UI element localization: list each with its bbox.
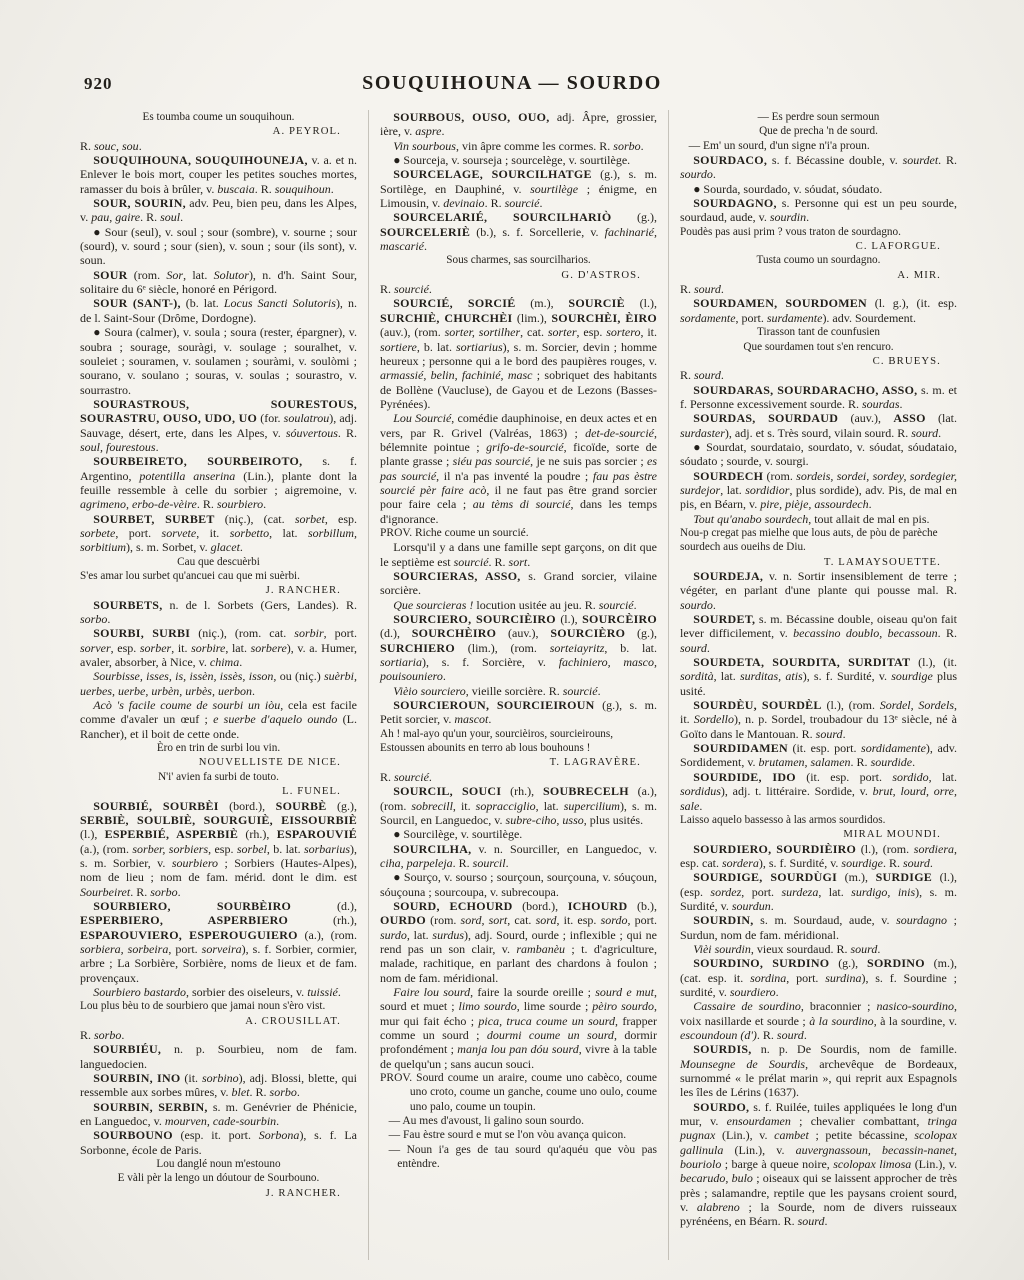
dictionary-entry: SOURDIGE, SOURDÙGI (m.), SURDIGE (l.), (… — [680, 870, 957, 913]
dictionary-entry: SOUR, SOURIN, adv. Peu, bien peu, dans l… — [80, 196, 357, 225]
dictionary-entry: SOURBET, SURBET (niç.), (cat. sorbet, es… — [80, 512, 357, 555]
dictionary-entry: SOURD, ECHOURD (bord.), ICHOURD (b.), OU… — [380, 899, 657, 985]
dictionary-entry: SOURBIÉ, SOURBÈI (bord.), SOURBÈ (g.), S… — [80, 799, 357, 899]
dictionary-entry: SOURCIL, SOUCI (rh.), SOUBRECELH (a.), (… — [380, 784, 657, 827]
proverb-item: — Noun i'a ges de tau sourd qu'aquéu que… — [380, 1143, 657, 1172]
dictionary-entry: SOURDAS, SOURDAUD (auv.), ASSO (lat. sur… — [680, 411, 957, 440]
dictionary-entry: ● Sourcilège, v. sourtilège. — [380, 827, 657, 841]
dictionary-entry: SOURCIÉ, SORCIÉ (m.), SOURCIÈ (l.), SURC… — [380, 296, 657, 411]
verse-line: Que sourdamen tout s'en rencuro. — [680, 340, 957, 354]
dictionary-entry: Tout qu'anabo sourdech, tout allait de m… — [680, 512, 957, 526]
attribution: T. LAGRAVÈRE. — [380, 755, 657, 769]
dictionary-entry: SOURDECH (rom. sordeis, sordei, sordey, … — [680, 469, 957, 512]
attribution: J. RANCHER. — [80, 583, 357, 597]
verse-line: Lou danglé noun m'estouno — [80, 1157, 357, 1171]
dictionary-entry: SOURCIERAS, ASSO, s. Grand sorcier, vila… — [380, 569, 657, 598]
dictionary-entry: Sourbiero bastardo, sorbier des oiseleur… — [80, 985, 357, 999]
continuation-paragraph: R. sourcié. — [380, 770, 657, 784]
dictionary-entry: SOURBEIRETO, SOURBEIROTO, s. f. Argentin… — [80, 454, 357, 511]
dictionary-entry: SOURCIEROUN, SOURCIEIROUN (g.), s. m. Pe… — [380, 698, 657, 727]
dictionary-entry: Lou Sourcié, comédie dauphinoise, en deu… — [380, 411, 657, 526]
quote-line: S'es amar lou surbet qu'ancuei cau que m… — [80, 569, 357, 583]
proverb-item: — Fau èstre sourd e mut se l'on vòu avan… — [380, 1128, 657, 1142]
dictionary-entry: SOURDEJA, v. n. Sortir insensiblement de… — [680, 569, 957, 612]
verse-line: E vàli pèr la lengo un dóutour de Sourbo… — [80, 1171, 357, 1185]
dictionary-entry: SOURDÈU, SOURDÈL (l.), (rom. Sordel, Sor… — [680, 698, 957, 741]
attribution: MIRAL MOUNDI. — [680, 827, 957, 841]
dictionary-entry: SOURBETS, n. de l. Sorbets (Gers, Landes… — [80, 598, 357, 627]
quote-line: Nou-p cregat pas mielhe que lous auts, d… — [680, 526, 957, 555]
attribution: G. D'ASTROS. — [380, 268, 657, 282]
quote-line: Lou plus bèu to de sourbiero que jamai n… — [80, 999, 357, 1013]
dictionary-entry: SOURDIN, s. m. Sourdaud, aude, v. sourda… — [680, 913, 957, 942]
dictionary-entry: SOURDIERO, SOURDIÈIRO (l.), (rom. sordie… — [680, 842, 957, 871]
dictionary-entry: SOUQUIHOUNA, SOUQUIHOUNEJA, v. a. et n. … — [80, 153, 357, 196]
dictionary-entry: SOURDIDE, IDO (it. esp. port. sordido, l… — [680, 770, 957, 813]
dictionary-entry: Cassaire de sourdino, braconnier ; nasic… — [680, 999, 957, 1042]
quote-line: Laisso aquelo bassesso à las armos sourd… — [680, 813, 957, 827]
continuation-paragraph: R. sourcié. — [380, 282, 657, 296]
dictionary-entry: SOURBIN, SERBIN, s. m. Genévrier de Phén… — [80, 1100, 357, 1129]
dictionary-entry: Acò 's facile coume de sourbi un iòu, ce… — [80, 698, 357, 741]
attribution: A. PEYROL. — [80, 124, 357, 138]
verse-line: N'i' avien fa surbi de touto. — [80, 770, 357, 784]
quote-line: Poudès pas ausi prim ? vous traton de so… — [680, 225, 957, 239]
dictionary-entry: SOURDAGNO, s. Personne qui est un peu so… — [680, 196, 957, 225]
dictionary-entry: SOURBIERO, SOURBÈIRO (d.), ESPERBIERO, A… — [80, 899, 357, 985]
dictionary-entry: ● Sourdat, sourdataio, sourdato, v. sóud… — [680, 440, 957, 469]
dictionary-entry: Vièi sourdin, vieux sourdaud. R. sourd. — [680, 942, 957, 956]
dictionary-entry: ● Soura (calmer), v. soula ; soura (rest… — [80, 325, 357, 397]
dictionary-entry: SOURBIÉU, n. p. Sourbieu, nom de fam. la… — [80, 1042, 357, 1071]
dictionary-entry: SOURDIDAMEN (it. esp. port. sordidamente… — [680, 741, 957, 770]
verse-line: Tirasson tant de counfusien — [680, 325, 957, 339]
attribution: C. LAFORGUE. — [680, 239, 957, 253]
proverb-block: PROV. Riche coume un sourcié. — [380, 526, 657, 540]
attribution: L. FUNEL. — [80, 784, 357, 798]
dictionary-entry: SOURCELARIÉ, SOURCILHARIÒ (g.), SOURCELE… — [380, 210, 657, 253]
attribution: NOUVELLISTE DE NICE. — [80, 755, 357, 769]
dictionary-page-scan: 920 SOUQUIHOUNA — SOURDO Es toumba coume… — [0, 0, 1024, 1280]
dictionary-entry: ● Sour (seul), v. soul ; sour (sombre), … — [80, 225, 357, 268]
verse-line: Cau que descuèrbi — [80, 555, 357, 569]
attribution: C. BRUEYS. — [680, 354, 957, 368]
dictionary-entry: SOURBOUS, OUSO, OUO, adj. Âpre, grossier… — [380, 110, 657, 139]
dictionary-entry: SOURCIERO, SOURCIÈIRO (l.), SOURCÈIRO (d… — [380, 612, 657, 684]
verse-line: Tusta coumo un sourdagno. — [680, 253, 957, 267]
verse-line: Sous charmes, sas sourcilharios. — [380, 253, 657, 267]
continuation-paragraph: R. sorbo. — [80, 1028, 357, 1042]
column-1: Es toumba coume un souquihoun.A. PEYROL.… — [80, 110, 368, 1260]
column-2: SOURBOUS, OUSO, OUO, adj. Âpre, grossier… — [368, 110, 668, 1260]
dictionary-entry: Lorsqu'il y a dans une famille sept garç… — [380, 540, 657, 569]
text-columns: Es toumba coume un souquihoun.A. PEYROL.… — [80, 110, 968, 1260]
dictionary-entry: Vièio sourciero, vieille sorcière. R. so… — [380, 684, 657, 698]
dictionary-entry: SOURDO, s. f. Ruilée, tuiles appliquées … — [680, 1100, 957, 1229]
dictionary-entry: SOURDAMEN, SOURDOMEN (l. g.), (it. esp. … — [680, 296, 957, 325]
verse-line: Èro en trin de surbi lou vin. — [80, 741, 357, 755]
dictionary-entry: Sourbisse, isses, is, issèn, issès, isso… — [80, 669, 357, 698]
dictionary-entry: ● Sourceja, v. sourseja ; sourcelège, v.… — [380, 153, 657, 167]
attribution: J. RANCHER. — [80, 1186, 357, 1200]
dictionary-entry: Faire lou sourd, faire la sourde oreille… — [380, 985, 657, 1071]
dictionary-entry: SOURBIN, INO (it. sorbino), adj. Blossi,… — [80, 1071, 357, 1100]
quote-line: Ah ! mal-ayo qu'un your, sourcièiros, so… — [380, 727, 657, 741]
dictionary-entry: SOURASTROUS, SOURESTOUS, SOURASTRU, OUSO… — [80, 397, 357, 454]
continuation-paragraph: R. sourd. — [680, 282, 957, 296]
proverb-block: PROV. Sourd coume un araire, coume uno c… — [380, 1071, 657, 1114]
dictionary-entry: Que sourcieras ! locution usitée au jeu.… — [380, 598, 657, 612]
continuation-paragraph: R. sourd. — [680, 368, 957, 382]
dictionary-entry: SOURDINO, SURDINO (g.), SORDINO (m.), (c… — [680, 956, 957, 999]
dictionary-entry: SOURDACO, s. f. Bécassine double, v. sou… — [680, 153, 957, 182]
verse-line: — Es perdre soun sermoun — [680, 110, 957, 124]
dictionary-entry: SOURDET, s. m. Bécassine double, oiseau … — [680, 612, 957, 655]
attribution: A. MIR. — [680, 268, 957, 282]
dictionary-entry: ● Sourda, sourdado, v. sóudat, sóudato. — [680, 182, 957, 196]
verse-line: Es toumba coume un souquihoun. — [80, 110, 357, 124]
dictionary-entry: ● Sourço, v. sourso ; sourçoun, sourçoun… — [380, 870, 657, 899]
dictionary-entry: SOURBI, SURBI (niç.), (rom. cat. sorbir,… — [80, 626, 357, 669]
dictionary-entry: SOURCILHA, v. n. Sourciller, en Languedo… — [380, 842, 657, 871]
dictionary-entry: SOURDETA, SOURDITA, SURDITAT (l.), (it. … — [680, 655, 957, 698]
verse-line: Que de precha 'n de sourd. — [680, 124, 957, 138]
attribution: A. CROUSILLAT. — [80, 1014, 357, 1028]
continuation-paragraph: R. souc, sou. — [80, 139, 357, 153]
proverb-item: — Em' un sourd, d'un signe n'i'a proun. — [680, 139, 957, 153]
dictionary-entry: SOURBOUNO (esp. it. port. Sorbona), s. f… — [80, 1128, 357, 1157]
dictionary-entry: Vin sourbous, vin âpre comme les cormes.… — [380, 139, 657, 153]
attribution: T. LAMAYSOUETTE. — [680, 555, 957, 569]
dictionary-entry: SOURDARAS, SOURDARACHO, ASSO, s. m. et f… — [680, 383, 957, 412]
dictionary-entry: SOURDIS, n. p. De Sourdis, nom de famill… — [680, 1042, 957, 1099]
page-header-title: SOUQUIHOUNA — SOURDO — [0, 72, 1024, 95]
dictionary-entry: SOURCELAGE, SOURCILHATGE (g.), s. m. Sor… — [380, 167, 657, 210]
quote-line: Estoussen abounits en terro ab lous bouh… — [380, 741, 657, 755]
proverb-item: — Au mes d'avoust, li galino soun sourdo… — [380, 1114, 657, 1128]
column-3: — Es perdre soun sermounQue de precha 'n… — [668, 110, 968, 1260]
dictionary-entry: SOUR (rom. Sor, lat. Solutor), n. d'h. S… — [80, 268, 357, 297]
dictionary-entry: SOUR (SANT-), (b. lat. Locus Sancti Solu… — [80, 296, 357, 325]
